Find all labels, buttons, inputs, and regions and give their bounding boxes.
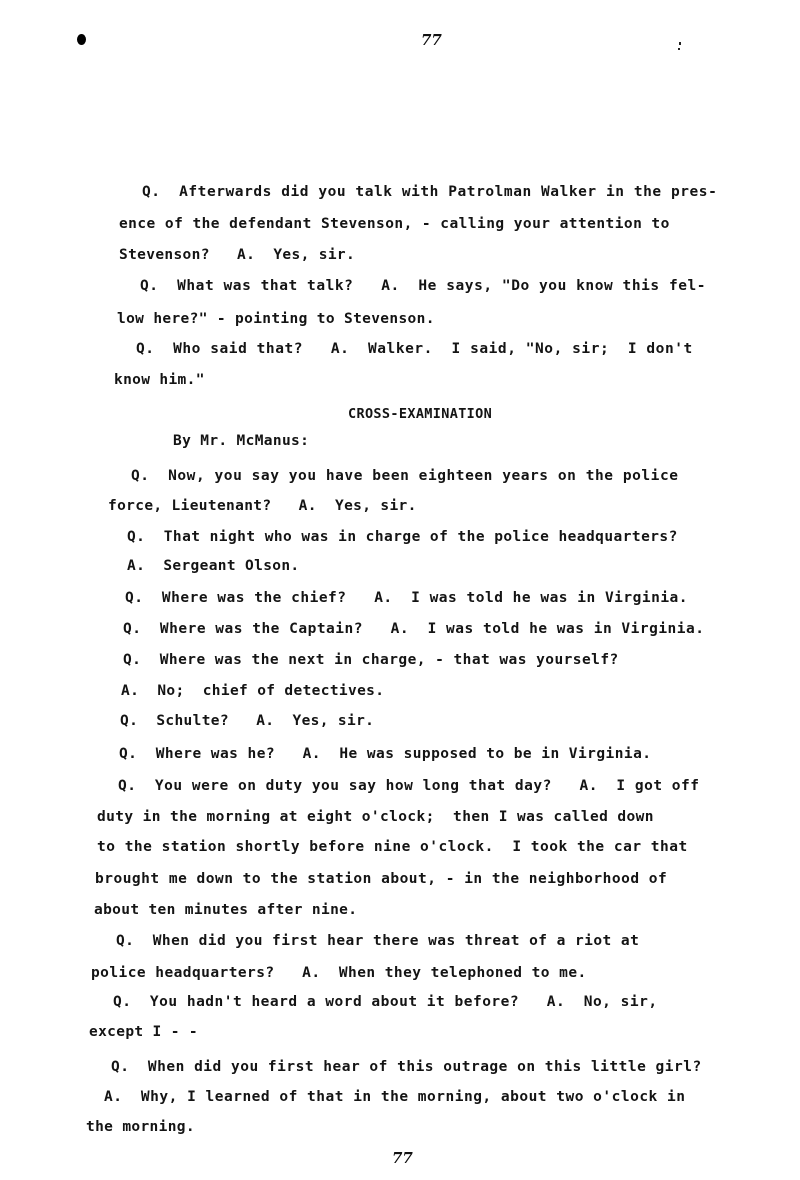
transcript-line: A. No; chief of detectives. — [121, 682, 384, 700]
section-heading: CROSS-EXAMINATION — [348, 405, 492, 423]
transcript-line: low here?" - pointing to Stevenson. — [117, 310, 435, 328]
transcript-line: except I - - — [89, 1023, 198, 1041]
transcript-line: A. Sergeant Olson. — [127, 557, 300, 575]
transcript-line: Q. Where was the chief? A. I was told he… — [125, 589, 688, 607]
transcript-line: Q. Schulte? A. Yes, sir. — [120, 712, 374, 730]
transcript-line: A. Why, I learned of that in the morning… — [104, 1088, 685, 1106]
transcript-line: Q. Where was he? A. He was supposed to b… — [119, 745, 651, 763]
transcript-line: Q. When did you first hear of this outra… — [111, 1058, 702, 1076]
transcript-line: duty in the morning at eight o'clock; th… — [97, 808, 654, 826]
transcript-line: brought me down to the station about, - … — [95, 870, 667, 888]
transcript-page: 77 Q. Afterwards did you talk with Patro… — [0, 0, 800, 1180]
transcript-line: Q. Who said that? A. Walker. I said, "No… — [136, 340, 693, 358]
transcript-line: Stevenson? A. Yes, sir. — [119, 246, 355, 264]
transcript-line: Q. You hadn't heard a word about it befo… — [113, 993, 658, 1011]
transcript-line: Q. Where was the Captain? A. I was told … — [123, 620, 704, 638]
transcript-line: Q. That night who was in charge of the p… — [127, 528, 678, 546]
transcript-line: ence of the defendant Stevenson, - calli… — [119, 215, 670, 233]
transcript-line: Q. Now, you say you have been eighteen y… — [131, 467, 679, 485]
page-number-top: 77 — [421, 31, 442, 49]
transcript-line: Q. When did you first hear there was thr… — [116, 932, 639, 950]
punch-hole-mark — [77, 34, 86, 45]
ink-speck — [679, 42, 681, 45]
transcript-line: know him." — [114, 371, 205, 389]
transcript-line: Q. Where was the next in charge, - that … — [123, 651, 619, 669]
transcript-line: the morning. — [86, 1118, 195, 1136]
transcript-line: Q. What was that talk? A. He says, "Do y… — [140, 277, 706, 295]
transcript-line: force, Lieutenant? A. Yes, sir. — [108, 497, 417, 515]
transcript-line: to the station shortly before nine o'clo… — [97, 838, 688, 856]
transcript-line: about ten minutes after nine. — [94, 901, 357, 919]
examiner-line: By Mr. McManus: — [173, 432, 309, 450]
transcript-line: Q. Afterwards did you talk with Patrolma… — [142, 183, 717, 201]
ink-speck — [678, 48, 680, 50]
transcript-line: police headquarters? A. When they teleph… — [91, 964, 587, 982]
page-number-bottom: 77 — [392, 1149, 413, 1167]
transcript-line: Q. You were on duty you say how long tha… — [118, 777, 699, 795]
